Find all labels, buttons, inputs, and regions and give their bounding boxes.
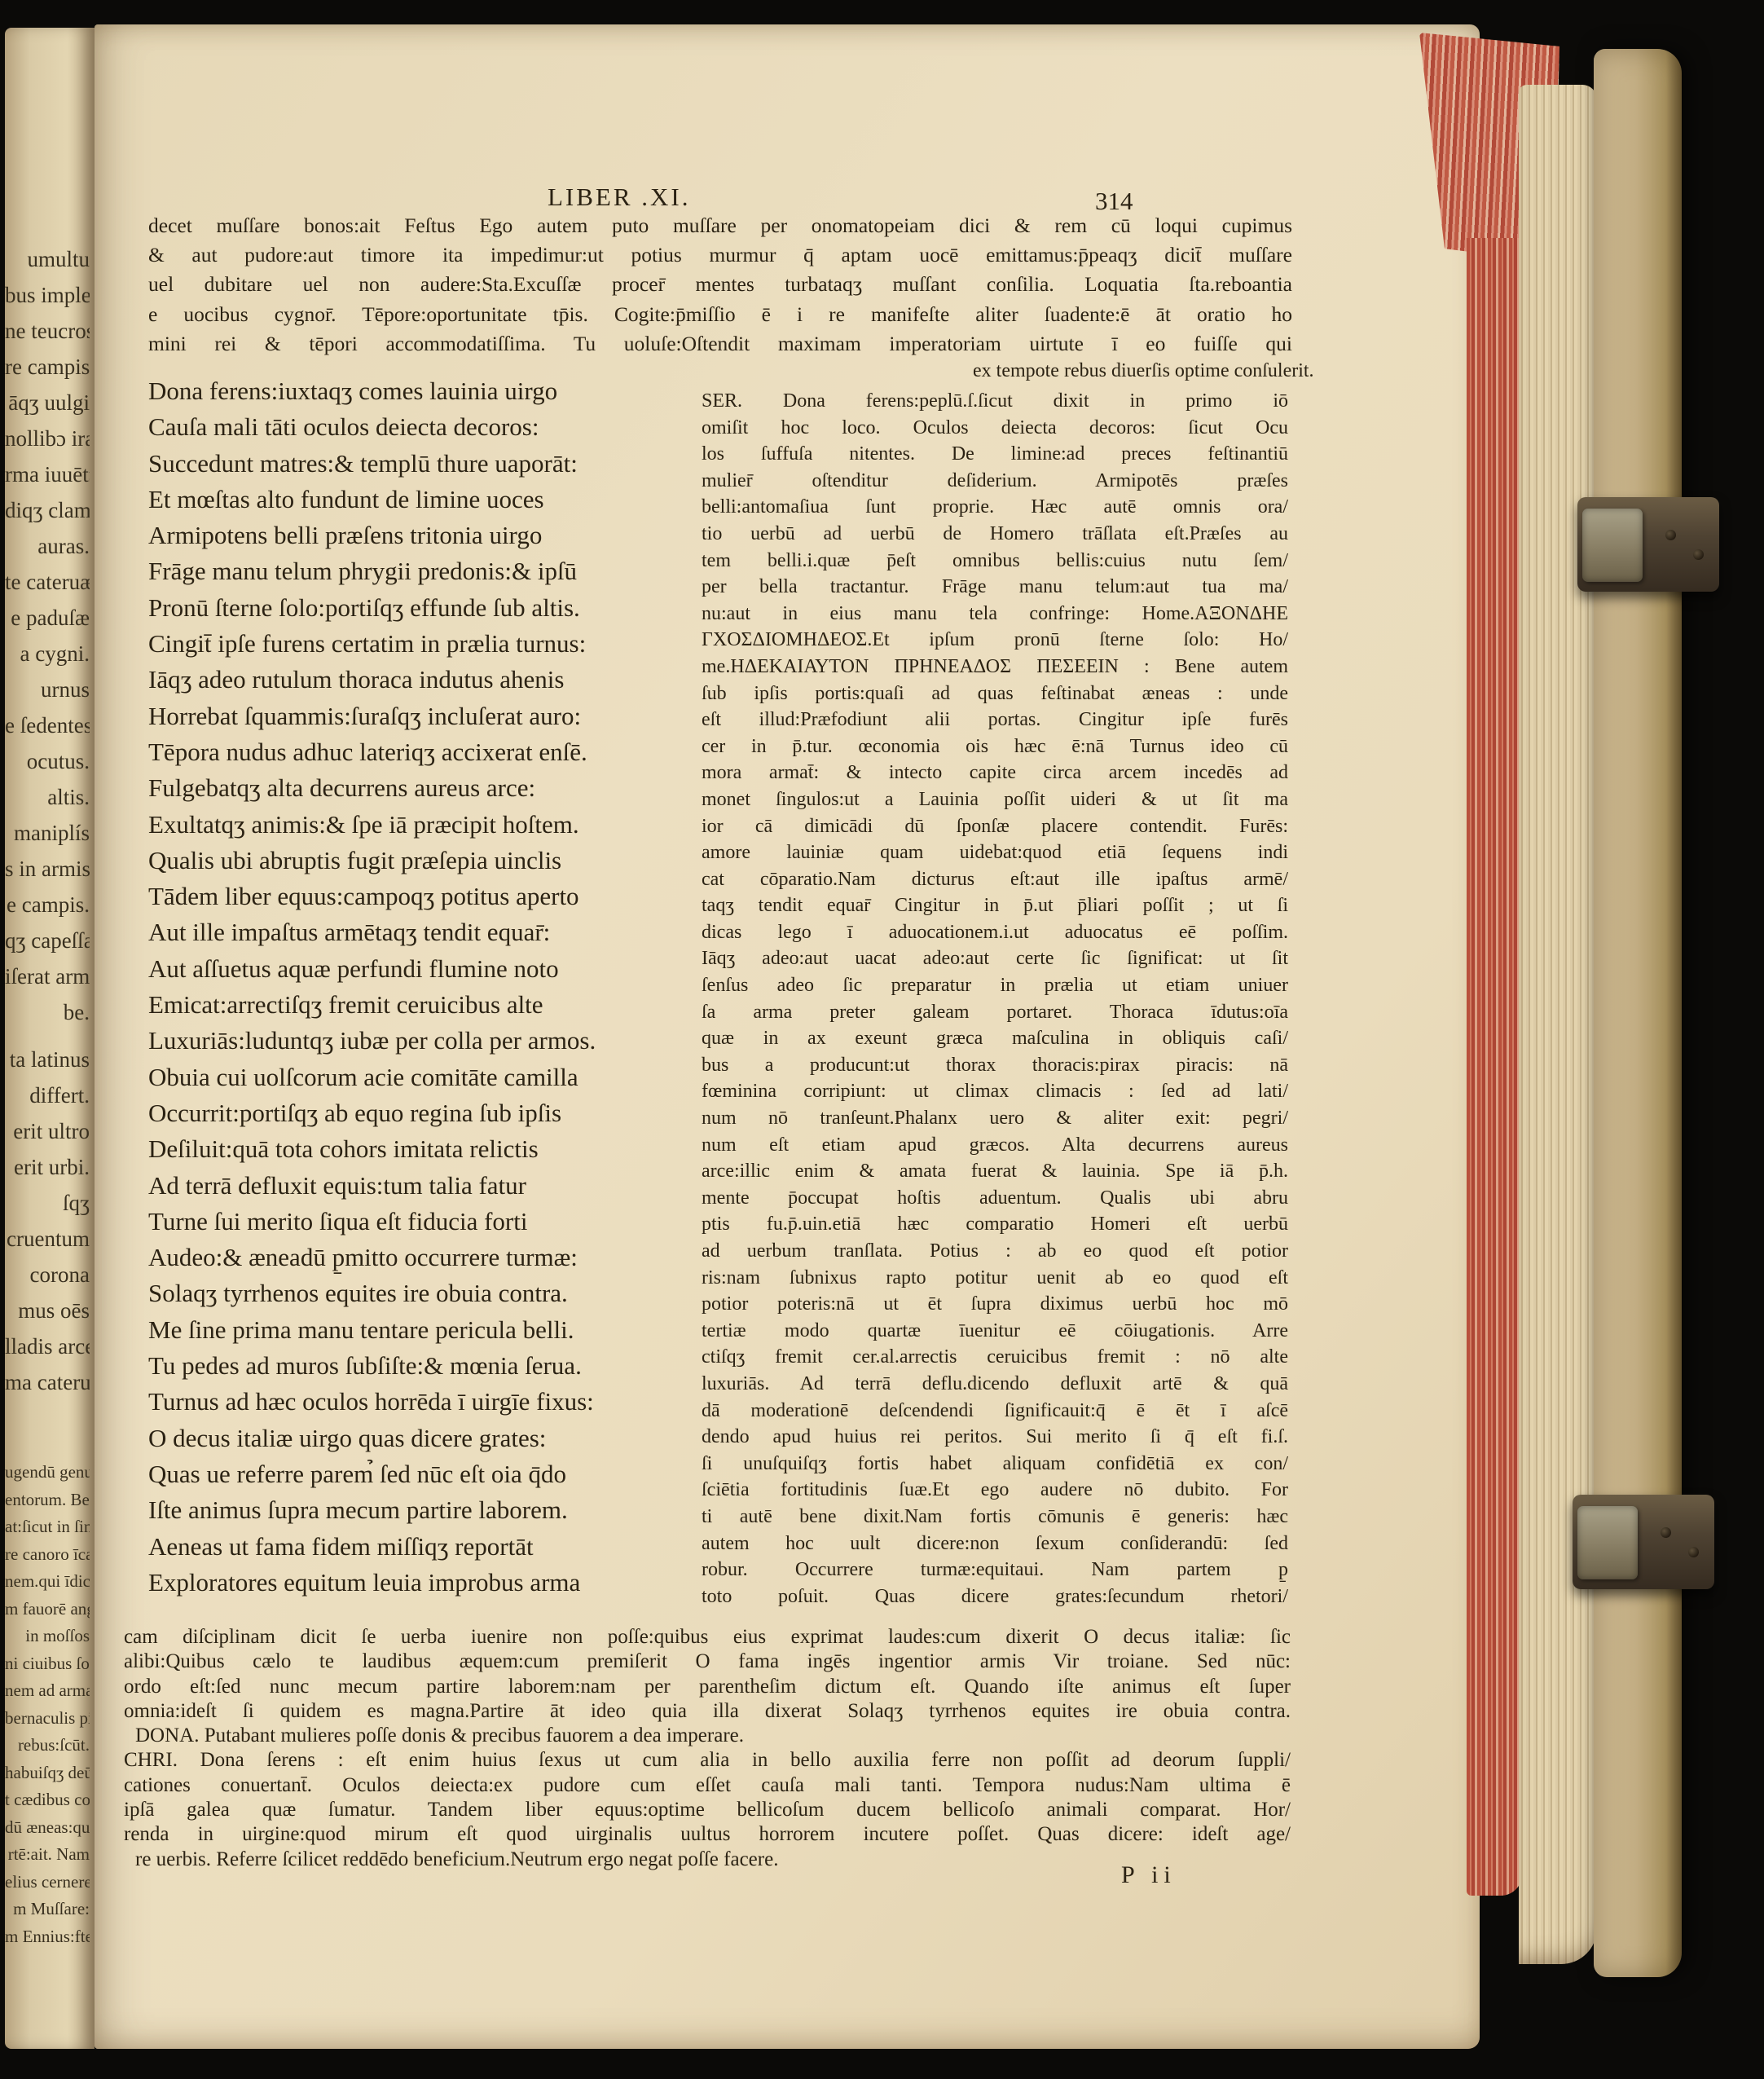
text-line: decet muſſare bonos:ait Feſtus Ego autem… <box>148 211 1292 240</box>
text-line: Emicat:arrectiſqʒ fremit ceruicibus alte <box>148 987 702 1023</box>
text-line: SER. Dona ferens:peplū.ſ.ſicut dixit in … <box>702 388 1288 415</box>
text-line: taqʒ tendit equar̄ Cingitur in p̄.ut p̄l… <box>702 892 1288 919</box>
text-line: Cingit̄ ipſe furens certatim in prælia t… <box>148 626 702 662</box>
text-line: eſt illud:Præfodiunt alii portas. Cingit… <box>702 707 1288 733</box>
book-clasp-top <box>1577 482 1721 610</box>
text-line: DONA. Putabant mulieres poſſe donis & pr… <box>124 1724 1291 1748</box>
text-line: ocutus. <box>5 743 90 779</box>
text-line: auras. <box>5 528 90 564</box>
text-line: maniplís <box>5 815 90 851</box>
text-line: Exploratores equitum leuia improbus arma <box>148 1565 702 1601</box>
intro-paragraph: decet muſſare bonos:ait Feſtus Ego autem… <box>148 211 1292 359</box>
text-line: lladis arces. <box>5 1328 90 1364</box>
left-page-text-fragments-lower: ugendū genusentorum. Bel.at:ſicut in ſin… <box>5 1459 90 1950</box>
text-line: Tēpora nudus adhuc lateriqʒ accixerat en… <box>148 734 702 770</box>
text-line: Dona ferens:iuxtaqʒ comes lauinia uirgo <box>148 373 702 409</box>
text-line: rma iuuētɔ <box>5 456 90 492</box>
text-line: ior cā dimicādi dū ſponſæ placere conten… <box>702 813 1288 840</box>
text-line: Iſte animus ſupra mecum partire laborem. <box>148 1492 702 1528</box>
text-line: ordo eſt:ſed nunc mecum partire laborem:… <box>124 1675 1291 1699</box>
text-line: Quas ue referre parem̉ ſed nūc eſt oia q… <box>148 1456 702 1492</box>
clasp-nail <box>1665 530 1676 540</box>
text-line: Fulgebatqʒ alta decurrens aureus arce: <box>148 770 702 806</box>
text-line: rebus:ſcūt. <box>5 1732 90 1760</box>
text-line: ad uerbum tranſlata. Potius : ab eo quod… <box>702 1238 1288 1265</box>
clasp-nail <box>1688 1547 1699 1557</box>
text-line: belli:antomaſiua ſunt proprie. Hæc autē … <box>702 494 1288 521</box>
text-line: entorum. Bel. <box>5 1487 90 1514</box>
bottom-commentary: cam diſciplinam dicit ſe uerba iuenire n… <box>124 1625 1291 1872</box>
quire-signature: P ii <box>1121 1861 1177 1889</box>
text-line: ptis fu.p̄.uin.etiā hæc comparatio Homer… <box>702 1211 1288 1238</box>
text-line: re uerbis. Referre ſcilicet reddēdo bene… <box>124 1848 1291 1872</box>
text-line: tem belli.i.quæ p̄eſt omnibus bellis:cui… <box>702 548 1288 575</box>
text-line: ſqʒ <box>5 1185 90 1221</box>
text-line: Aut ille impaſtus armētaqʒ tendit equar̄… <box>148 914 702 950</box>
text-line: potior poteris:nā ut ēt ſupra diximus ue… <box>702 1291 1288 1318</box>
text-line: mini rei & tēpori accommodatiſſima. Tu u… <box>148 329 1292 359</box>
text-line: dā moderationē deſcendendi ſignificauit:… <box>702 1398 1288 1425</box>
text-line: e paduſæ <box>5 600 90 636</box>
text-line: uel dubitare uel non audere:Sta.Excuſſæ … <box>148 270 1292 299</box>
text-line: monet ſingulos:ut a Lauinia poſſit uider… <box>702 786 1288 813</box>
text-line: alibi:Quibus cælo te laudibus æquem:cum … <box>124 1650 1291 1674</box>
clasp-nail <box>1693 549 1704 560</box>
text-line: ſenſus adeo ſic preparatur in prælia ut … <box>702 972 1288 999</box>
text-line: amore lauiniæ quam uidebat:quod etiā ſeq… <box>702 839 1288 866</box>
text-line: cruentum <box>5 1221 90 1257</box>
text-line: dicas lego ī aduocationem.i.ut aduocatus… <box>702 919 1288 946</box>
text-line: ſciētia fortitudinis ſuæ.Et ego audere n… <box>702 1477 1288 1504</box>
fore-edge-red-band <box>1467 238 1522 1896</box>
text-line: in moſſos <box>5 1623 90 1650</box>
text-line: mora armat̄: & intecto capite circa arce… <box>702 760 1288 786</box>
text-line: Tu pedes ad muros ſubſiſte:& mœnia ſerua… <box>148 1348 702 1384</box>
text-line: ni ciuibus ſom/ <box>5 1650 90 1678</box>
text-line: per bella tractantur. Frāge manu telum:a… <box>702 574 1288 601</box>
running-title: LIBER .XI. <box>548 183 691 212</box>
text-line: differt. <box>5 1077 90 1113</box>
text-line: arce:illic enim & amata fuerat & lauinia… <box>702 1158 1288 1185</box>
text-line: dendo apud huius rei peritos. Sui merito… <box>702 1424 1288 1451</box>
text-line: a cygni. <box>5 636 90 672</box>
book-clasp-bottom <box>1573 1480 1716 1607</box>
text-line: bus a producunt:ut thorax thoracis:pirax… <box>702 1052 1288 1079</box>
text-line: āqʒ uulgi <box>5 385 90 421</box>
text-line: toto poſuit. Quas dicere grates:ſecundum… <box>702 1583 1288 1610</box>
text-line: Solaqʒ tyrrhenos equites ire obuia contr… <box>148 1275 702 1311</box>
text-line: t cædibus con/ <box>5 1786 90 1814</box>
text-line: luxuriās. Ad terrā deflu.dicendo defluxi… <box>702 1371 1288 1398</box>
text-line: ſa arma preter galeam portaret. Thoraca … <box>702 999 1288 1026</box>
commentary-column: SER. Dona ferens:peplū.ſ.ſicut dixit in … <box>702 388 1288 1610</box>
text-line: num eſt etiam apud græcos. Alta decurren… <box>702 1132 1288 1159</box>
text-line: s in armis <box>5 851 90 887</box>
text-line: erit ultro <box>5 1113 90 1149</box>
text-line: Exultatqʒ animis:& ſpe iā præcipit hoſte… <box>148 807 702 843</box>
text-line: omnia:ideſt ſi quidem es magna.Partire ā… <box>124 1699 1291 1724</box>
text-line: ris:nam ſubnixus rapto potitur uenit ab … <box>702 1265 1288 1292</box>
text-line: mulier̄ oſtenditur deſiderium. Armipotēs… <box>702 468 1288 495</box>
previous-page-edge: umultubus impletne teucrosre campis.āqʒ … <box>5 28 95 2049</box>
text-line: ſub ipſis portis:quaſi ad quas feſtinaba… <box>702 681 1288 707</box>
text-line: at:ſicut in ſinī <box>5 1513 90 1541</box>
intro-tail-line: ex tempote rebus diuerſis optime conſule… <box>973 360 1292 382</box>
text-line: nem ad arma <box>5 1677 90 1705</box>
text-line: nollibɔ iræ. <box>5 421 90 456</box>
text-line: ne teucros <box>5 313 90 349</box>
text-line: Deſiluit:quā tota cohors imitata relicti… <box>148 1131 702 1167</box>
book-photo: umultubus impletne teucrosre campis.āqʒ … <box>0 0 1764 2079</box>
text-line: habuiſqʒ deū <box>5 1760 90 1787</box>
text-line: cer in p̄.tur. œconomia ois hæc ē:nā Tur… <box>702 733 1288 760</box>
text-line: omiſit hoc loco. Oculos deiecta decoros:… <box>702 415 1288 442</box>
text-line: ctiſqʒ fremit cer.al.arrectis ceruicibus… <box>702 1344 1288 1371</box>
text-line: Cauſa mali tāti oculos deiecta decoros: <box>148 409 702 445</box>
clasp-metal-plate <box>1577 1506 1638 1579</box>
text-line: corona <box>5 1257 90 1293</box>
text-line: rtē:ait. Nam <box>5 1841 90 1869</box>
text-line: mus oēs <box>5 1293 90 1328</box>
text-line: erit urbi. <box>5 1149 90 1185</box>
text-line: Armipotens belli præſens tritonia uirgo <box>148 518 702 553</box>
text-line: ΓΧΟΣΔΙΟΜΗΔΕΟΣ.Et ipſum pronū ſterne ſolo… <box>702 627 1288 654</box>
clasp-nail <box>1661 1527 1671 1538</box>
text-line: Aeneas ut fama fidem miſſiqʒ reportāt <box>148 1529 702 1565</box>
text-line: bernaculis piā <box>5 1705 90 1733</box>
verse-column: Dona ferens:iuxtaqʒ comes lauinia uirgoC… <box>148 373 702 1601</box>
text-line: Iāqʒ adeo:aut uacat adeo:aut certe ſic ſ… <box>702 945 1288 972</box>
text-line: me.ΗΔΕΚΑΙΑΥΤΟΝ ΠΡΗΝΕΑΔΟΣ ΠΕΣΕΕΙΝ : Bene … <box>702 654 1288 681</box>
text-line: Obuia cui uolſcorum acie comitāte camill… <box>148 1059 702 1095</box>
text-line: ſi unuſquiſqʒ fortis habet aliquam confi… <box>702 1451 1288 1478</box>
text-line: cat cōparatio.Nam dicturus eſt:aut ille … <box>702 866 1288 893</box>
text-line: bus implet <box>5 277 90 313</box>
text-line: Turne ſui merito ſiqua eſt fiducia forti <box>148 1204 702 1240</box>
text-line: Succedunt matres:& templū thure uaporāt: <box>148 446 702 482</box>
text-line: renda in uirgine:quod mirum eſt quod uir… <box>124 1822 1291 1847</box>
text-line: e ſedentes. <box>5 707 90 743</box>
text-line: CHRI. Dona ſerens : eſt enim huius ſexus… <box>124 1748 1291 1773</box>
text-line: dū æneas:quī <box>5 1814 90 1842</box>
text-line: cam diſciplinam dicit ſe uerba iuenire n… <box>124 1625 1291 1650</box>
text-line: Qualis ubi abruptis fugit præſepia uincl… <box>148 843 702 879</box>
text-line: re canoro īcat <box>5 1541 90 1569</box>
text-line: ti autē bene dixit.Nam fortis cōmunis ē … <box>702 1504 1288 1531</box>
text-line: Audeo:& æneadū p̱mitto occurrere turmæ: <box>148 1240 702 1275</box>
text-line: elius cernerent <box>5 1869 90 1896</box>
text-line: Ad terrā defluxit equis:tum talia fatur <box>148 1168 702 1204</box>
text-line: m Ennius:fte <box>5 1923 90 1951</box>
cover-board-edge <box>1594 49 1682 1977</box>
text-line: diqʒ clamor <box>5 492 90 528</box>
text-line: qʒ capeſſant <box>5 923 90 958</box>
text-line: e campis. <box>5 887 90 923</box>
text-line: altis. <box>5 779 90 815</box>
text-line: los ſuffuſa nitentes. De limine:ad prece… <box>702 441 1288 468</box>
text-line: quæ in ax exeunt græca maſculina in obli… <box>702 1025 1288 1052</box>
text-line: iſerat arma <box>5 958 90 994</box>
text-line: Pronū ſterne ſolo:portiſqʒ effunde ſub a… <box>148 590 702 626</box>
text-line: e uocibus cygnor̄. Tēpore:oportunitate t… <box>148 300 1292 329</box>
text-line: & aut pudore:aut timore ita impedimur:ut… <box>148 240 1292 270</box>
book-page: LIBER .XI. 314 decet muſſare bonos:ait F… <box>95 24 1480 2049</box>
text-line: tertiæ modo quartæ īuenitur eē cōiugatio… <box>702 1318 1288 1345</box>
text-line: te cateruæ <box>5 564 90 600</box>
text-line: robur. Occurrere turmæ:equitaui. Nam par… <box>702 1557 1288 1583</box>
text-line: m Muſſare: <box>5 1896 90 1923</box>
left-page-text-fragments-middle: ta latinusdiffert.erit ultroerit urbi.ſq… <box>5 1042 90 1400</box>
text-line: re campis. <box>5 349 90 385</box>
text-line: nem.qui īdicat <box>5 1568 90 1596</box>
text-line: m fauorē ang <box>5 1596 90 1623</box>
text-line: Aut aſſuetus aquæ perfundi flumine noto <box>148 951 702 987</box>
text-line: num nō tranſeunt.Phalanx uero & aliter e… <box>702 1105 1288 1132</box>
text-line: ta latinus <box>5 1042 90 1077</box>
text-line: O decus italiæ uirgo quas dicere grates: <box>148 1421 702 1456</box>
text-line: mente p̄occupat hoſtis aduentum. Qualis … <box>702 1185 1288 1212</box>
page-stack-edge <box>1519 85 1597 1964</box>
text-line: Turnus ad hæc oculos horrēda ī uirgīe fi… <box>148 1384 702 1420</box>
text-line: Et mœſtas alto fundunt de limine uoces <box>148 482 702 518</box>
text-line: Occurrit:portiſqʒ ab equo regina ſub ipſ… <box>148 1095 702 1131</box>
text-line: be. <box>5 994 90 1030</box>
text-line: Me ſine prima manu tentare pericula bell… <box>148 1312 702 1348</box>
text-line: ma caterua <box>5 1364 90 1400</box>
text-line: urnus <box>5 672 90 707</box>
text-line: cationes conuertant̄. Oculos deiecta:ex … <box>124 1773 1291 1798</box>
text-line: ugendū genus <box>5 1459 90 1487</box>
left-page-text-fragments-top: umultubus impletne teucrosre campis.āqʒ … <box>5 241 90 1030</box>
text-line: Horrebat ſquammis:ſuraſqʒ incluſerat aur… <box>148 698 702 734</box>
text-line: umultu <box>5 241 90 277</box>
text-line: autem hoc uult dicere:non ſexum conſider… <box>702 1531 1288 1557</box>
text-line: Luxuriās:luduntqʒ iubæ per colla per arm… <box>148 1023 702 1059</box>
text-line: tio uerbū ad uerbū de Homero trāſlata eſ… <box>702 521 1288 548</box>
text-line: Frāge manu telum phrygii predonis:& ipſū <box>148 553 702 589</box>
clasp-metal-plate <box>1582 509 1643 582</box>
text-line: fœminina corripiunt: ut climax climacis … <box>702 1078 1288 1105</box>
text-line: ipſā galea quæ ſumatur. Tandem liber equ… <box>124 1798 1291 1822</box>
text-line: nu:aut in eius manu tela confringe: Home… <box>702 601 1288 628</box>
text-line: Tādem liber equus:campoqʒ potitus aperto <box>148 879 702 914</box>
text-line: Iāqʒ adeo rutulum thoraca indutus ahenis <box>148 662 702 698</box>
